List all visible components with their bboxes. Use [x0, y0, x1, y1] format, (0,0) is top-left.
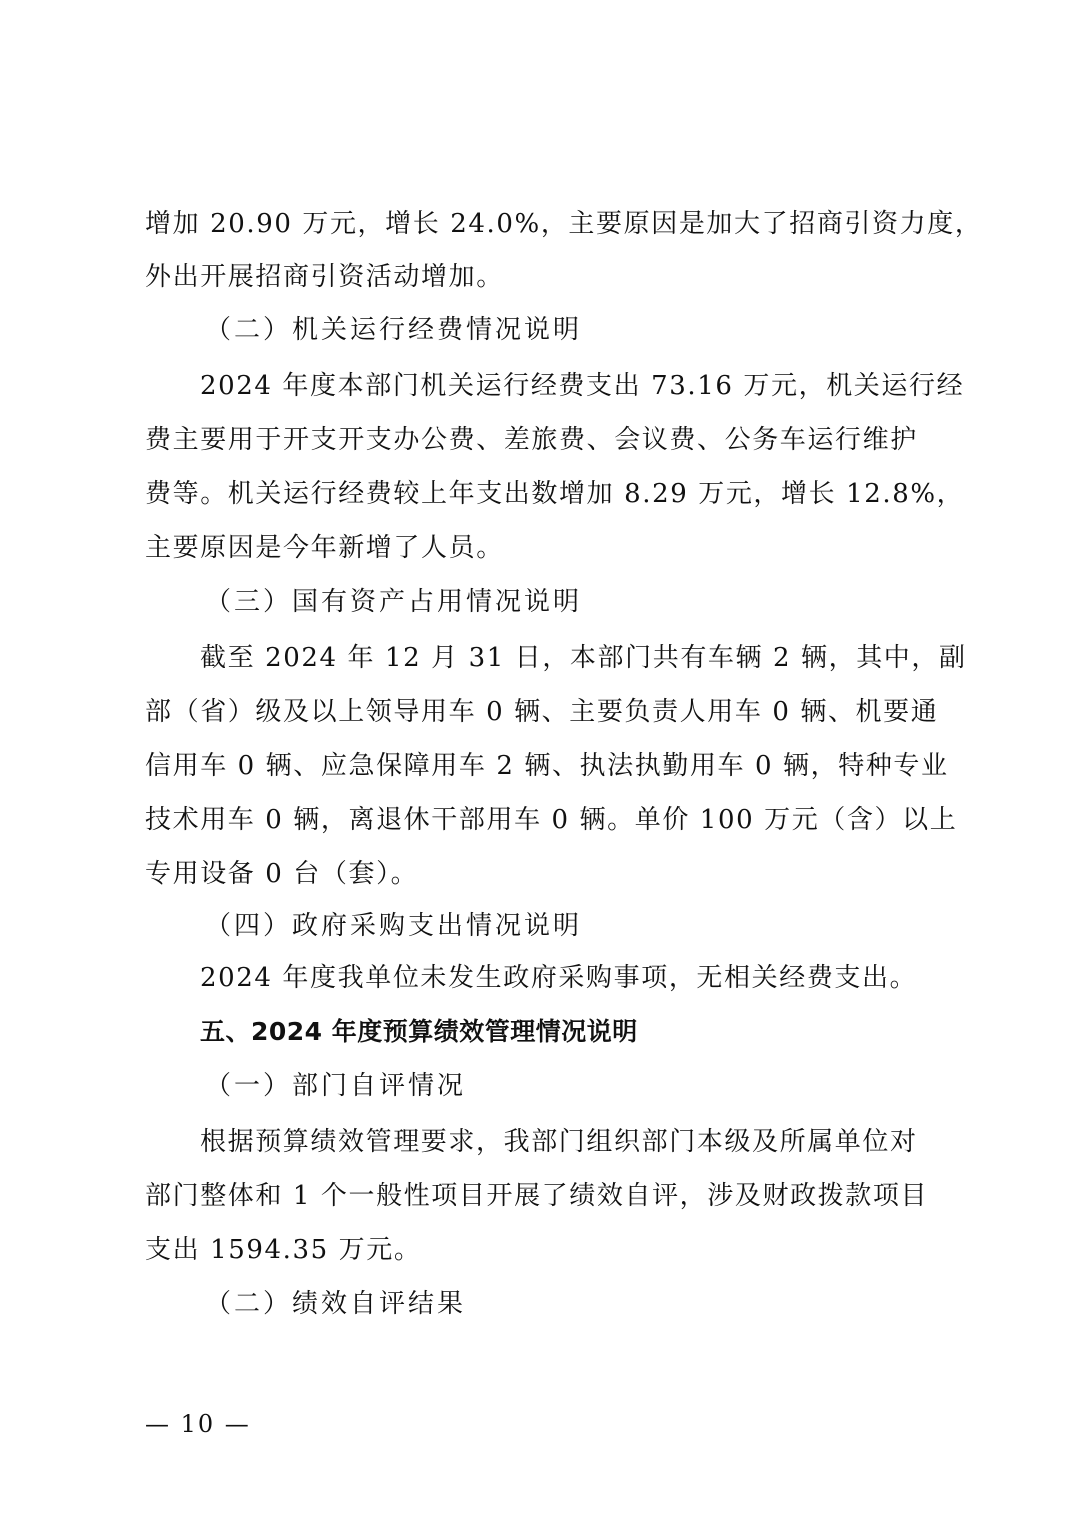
paragraph-line: 外出开展招商引资活动增加。 — [145, 261, 945, 293]
section-heading-procurement: （四）政府采购支出情况说明 — [205, 910, 1005, 942]
paragraph-line: 费主要用于开支开支办公费、差旅费、会议费、公务车运行维护 — [145, 424, 945, 456]
paragraph-line: 2024 年度我单位未发生政府采购事项，无相关经费支出。 — [200, 962, 945, 994]
paragraph-line: 费等。机关运行经费较上年支出数增加 8.29 万元，增长 12.8%， — [145, 478, 945, 510]
page-number: — 10 — — [145, 1408, 251, 1440]
paragraph-line: 部门整体和 1 个一般性项目开展了绩效自评，涉及财政拨款项目 — [145, 1180, 945, 1212]
section-heading-operating-costs: （二）机关运行经费情况说明 — [205, 314, 1005, 346]
section-heading-self-evaluation: （一）部门自评情况 — [205, 1070, 1005, 1102]
paragraph-line: 信用车 0 辆、应急保障用车 2 辆、执法执勤用车 0 辆，特种专业 — [145, 750, 945, 782]
paragraph-line: 增加 20.90 万元，增长 24.0%，主要原因是加大了招商引资力度， — [145, 208, 945, 240]
paragraph-line: 支出 1594.35 万元。 — [145, 1234, 945, 1266]
paragraph-line: 专用设备 0 台（套）。 — [145, 858, 945, 890]
paragraph-line: 根据预算绩效管理要求，我部门组织部门本级及所属单位对 — [200, 1126, 945, 1158]
section-heading-evaluation-results: （二）绩效自评结果 — [205, 1288, 1005, 1320]
paragraph-line: 主要原因是今年新增了人员。 — [145, 532, 945, 564]
paragraph-line: 部（省）级及以上领导用车 0 辆、主要负责人用车 0 辆、机要通 — [145, 696, 945, 728]
chapter-heading-performance: 五、2024 年度预算绩效管理情况说明 — [200, 1016, 945, 1048]
section-heading-state-assets: （三）国有资产占用情况说明 — [205, 586, 1005, 618]
paragraph-line: 2024 年度本部门机关运行经费支出 73.16 万元，机关运行经 — [200, 370, 945, 402]
paragraph-line: 截至 2024 年 12 月 31 日，本部门共有车辆 2 辆，其中，副 — [200, 642, 945, 674]
paragraph-line: 技术用车 0 辆，离退休干部用车 0 辆。单价 100 万元（含）以上 — [145, 804, 945, 836]
document-page: 增加 20.90 万元，增长 24.0%，主要原因是加大了招商引资力度， 外出开… — [0, 0, 1075, 1520]
